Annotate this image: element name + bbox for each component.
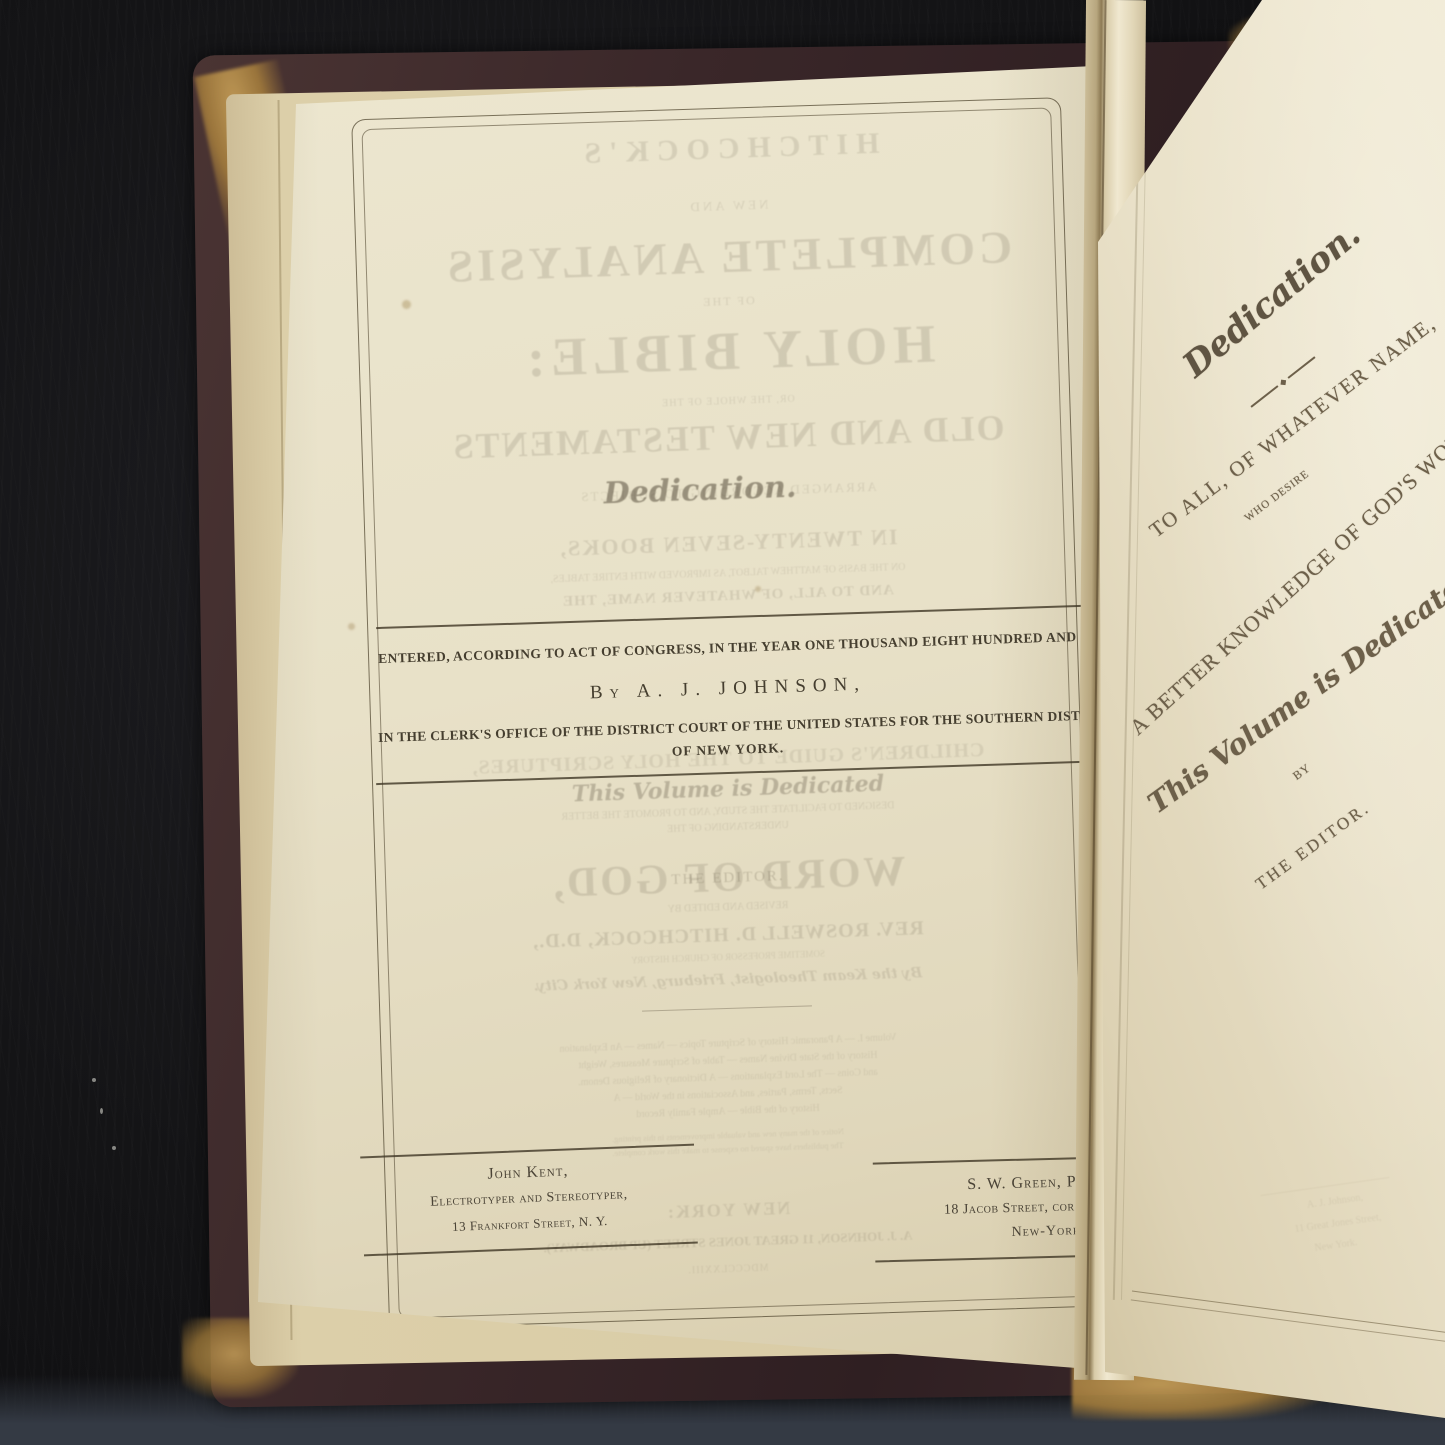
ornament-diamond xyxy=(1280,379,1286,385)
dust-speck xyxy=(100,1108,103,1114)
dust-speck xyxy=(112,1146,116,1150)
book-photo: HITCHCOCK'S NEW AND COMPLETE ANALYSIS OF… xyxy=(0,0,1445,1445)
left-page: HITCHCOCK'S NEW AND COMPLETE ANALYSIS OF… xyxy=(250,58,1110,1376)
imprint-name: John Kent, xyxy=(361,1158,695,1189)
dust-speck xyxy=(92,1078,96,1082)
right-page: Dedication. TO ALL, OF WHATEVER NAME, WH… xyxy=(1090,0,1445,1445)
foxing-spot xyxy=(348,623,355,630)
